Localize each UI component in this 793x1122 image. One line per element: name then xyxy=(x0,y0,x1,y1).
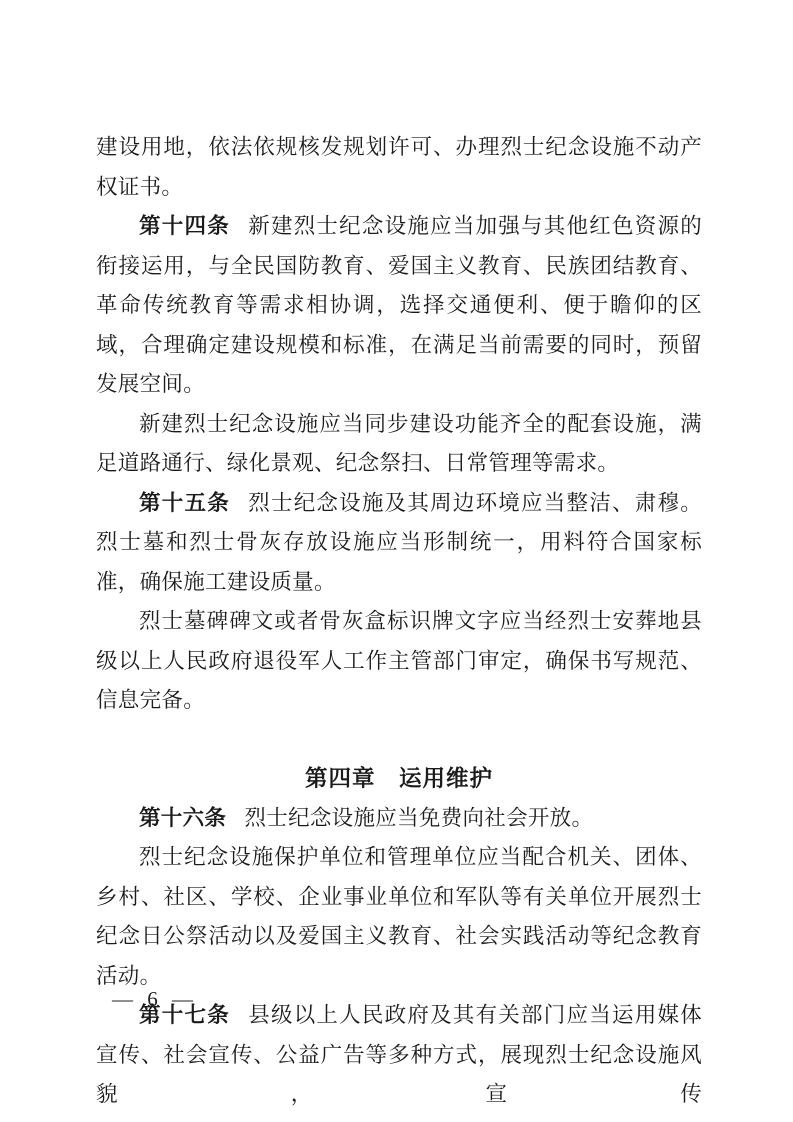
paragraph-article-16-clause-2: 烈士纪念设施保护单位和管理单位应当配合机关、团体、乡村、社区、学校、企业事业单位… xyxy=(96,838,702,996)
paragraph-text: 烈士墓碑碑文或者骨灰盒标识牌文字应当经烈士安葬地县级以上人民政府退役军人工作主管… xyxy=(96,609,702,712)
article-number-label: 第十六条 xyxy=(139,806,226,830)
paragraph-continuation: 建设用地，依法依规核发规划许可、办理烈士纪念设施不动产权证书。 xyxy=(96,128,702,207)
paragraph-text: 烈士纪念设施保护单位和管理单位应当配合机关、团体、乡村、社区、学校、企业事业单位… xyxy=(96,845,702,988)
paragraph-article-14-clause-2: 新建烈士纪念设施应当同步建设功能齐全的配套设施，满足道路通行、绿化景观、纪念祭扫… xyxy=(96,405,702,484)
paragraph-text: 新建烈士纪念设施应当加强与其他红色资源的衔接运用，与全民国防教育、爱国主义教育、… xyxy=(96,214,702,396)
paragraph-text: 烈士纪念设施应当免费向社会开放。 xyxy=(244,806,593,830)
article-number-label: 第十四条 xyxy=(139,214,230,238)
chapter-heading: 第四章 运用维护 xyxy=(96,759,702,799)
paragraph-article-16: 第十六条烈士纪念设施应当免费向社会开放。 xyxy=(96,799,702,839)
page-footer: — 6 — xyxy=(112,984,193,1014)
paragraph-article-15-clause-2: 烈士墓碑碑文或者骨灰盒标识牌文字应当经烈士安葬地县级以上人民政府退役军人工作主管… xyxy=(96,602,702,721)
paragraph-text: 建设用地，依法依规核发规划许可、办理烈士纪念设施不动产权证书。 xyxy=(96,135,702,199)
document-body: 建设用地，依法依规核发规划许可、办理烈士纪念设施不动产权证书。 第十四条新建烈士… xyxy=(96,128,702,1115)
article-number-label: 第十五条 xyxy=(139,491,230,515)
paragraph-article-14: 第十四条新建烈士纪念设施应当加强与其他红色资源的衔接运用，与全民国防教育、爱国主… xyxy=(96,207,702,405)
paragraph-text: 新建烈士纪念设施应当同步建设功能齐全的配套设施，满足道路通行、绿化景观、纪念祭扫… xyxy=(96,412,702,476)
document-page: 建设用地，依法依规核发规划许可、办理烈士纪念设施不动产权证书。 第十四条新建烈士… xyxy=(0,0,793,1122)
page-number: — 6 — xyxy=(112,987,193,1011)
paragraph-article-15: 第十五条烈士纪念设施及其周边环境应当整洁、肃穆。烈士墓和烈士骨灰存放设施应当形制… xyxy=(96,484,702,603)
